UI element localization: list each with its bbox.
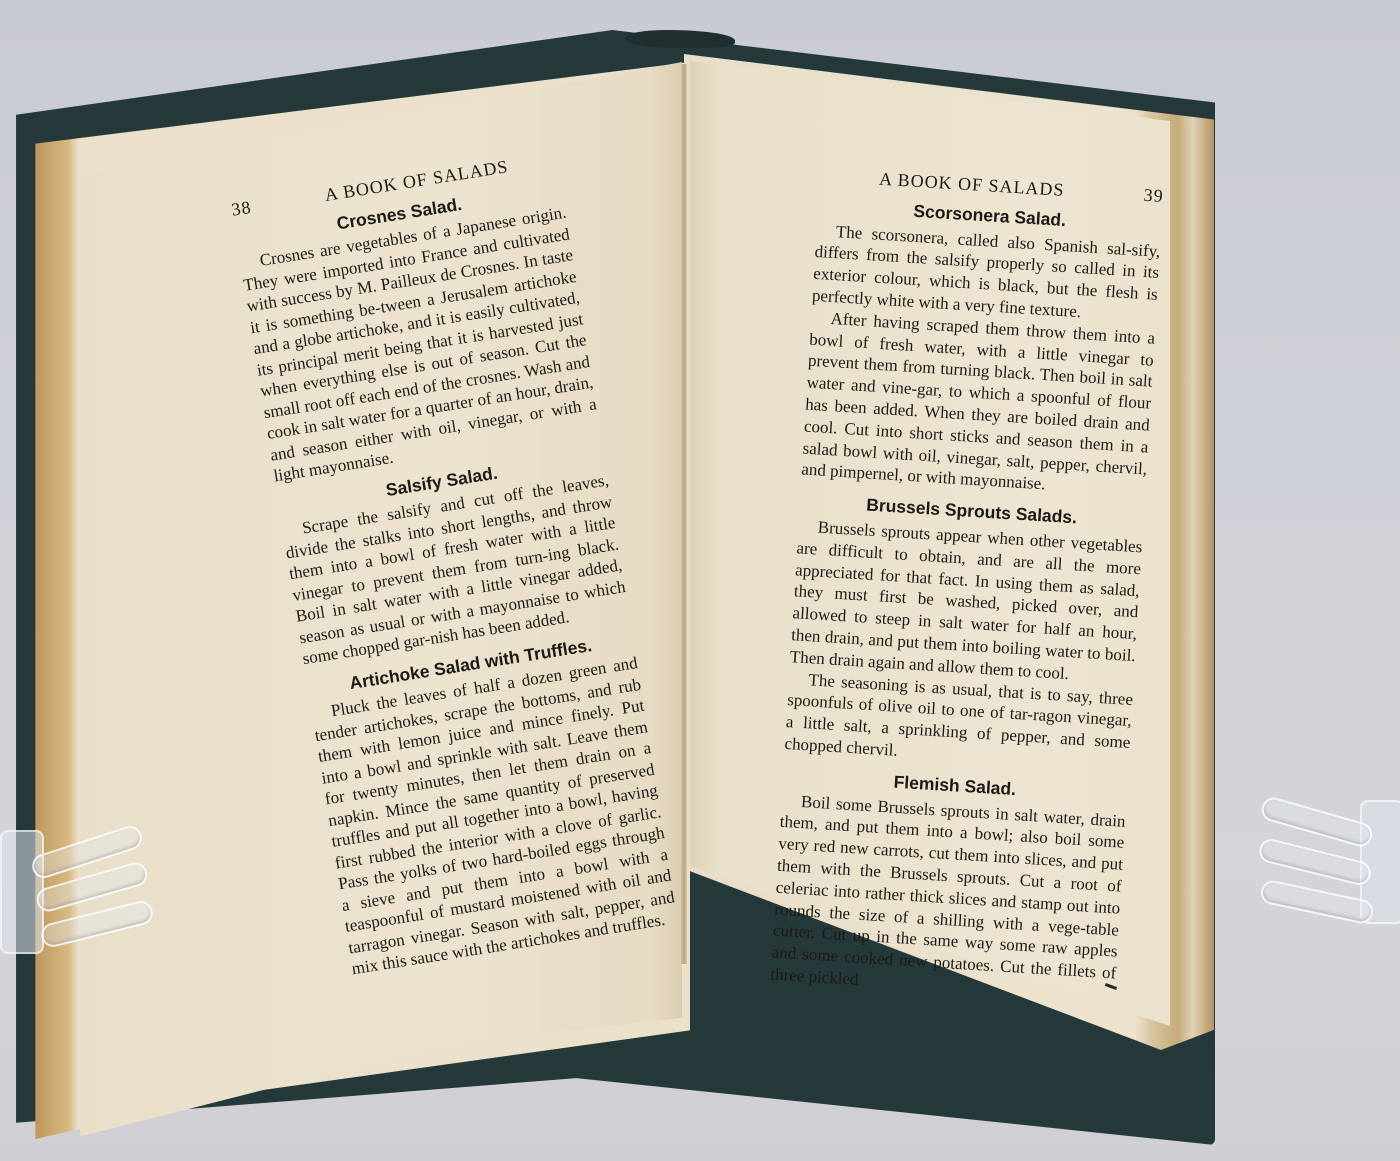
clip-prong <box>1259 878 1375 925</box>
spine-wear <box>625 30 735 48</box>
recipe-paragraph: Crosnes are vegetables of a Japanese ori… <box>238 202 601 487</box>
book-gutter <box>681 64 687 964</box>
right-page-text: A BOOK OF SALADS 39 Scorsonera Salad. Th… <box>769 165 1164 1016</box>
page-clip-right <box>1250 780 1400 930</box>
page-number: 39 <box>1143 185 1164 208</box>
recipe-paragraph: Brussels sprouts appear when other veget… <box>789 515 1143 688</box>
recipe-section: Brussels Sprouts Salads. Brussels sprout… <box>784 491 1145 776</box>
recipe-section: Scorsonera Salad. The scorsonera, called… <box>801 195 1163 502</box>
recipe-section: Flemish Salad. Boil some Brussels sprout… <box>770 765 1128 1007</box>
recipe-section: Artichoke Salad with Truffles. Pluck the… <box>306 628 679 980</box>
recipe-paragraph: Pluck the leaves of half a dozen green a… <box>310 652 680 980</box>
recipe-section: Crosnes Salad. Crosnes are vegetables of… <box>235 178 602 487</box>
page-number: 38 <box>230 197 253 221</box>
photo-scene: 38 A BOOK OF SALADS Crosnes Salad. Crosn… <box>0 0 1400 1161</box>
recipe-paragraph: Boil some Brussels sprouts in salt water… <box>770 789 1126 1006</box>
page-clip-left <box>0 820 150 970</box>
recipe-paragraph: After having scraped them throw them int… <box>801 307 1156 502</box>
